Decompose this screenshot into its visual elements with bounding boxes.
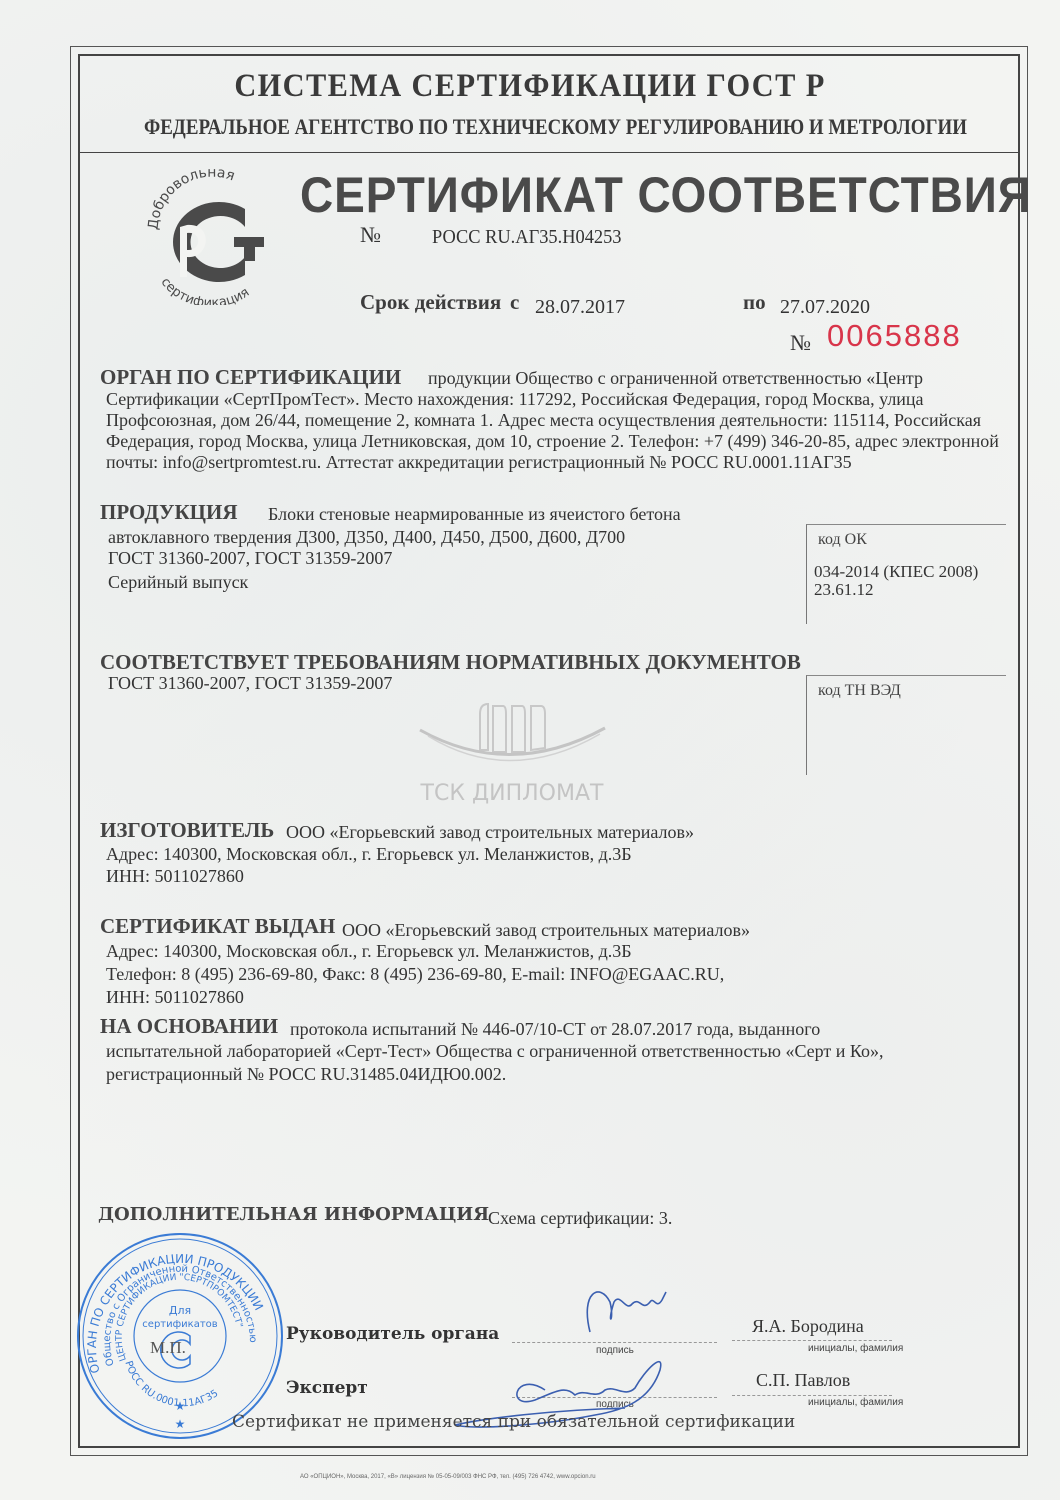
conformity-documents: ГОСТ 31360-2007, ГОСТ 31359-2007 [108,673,392,694]
expert-role-label: Эксперт [286,1378,368,1398]
rst-logo: Добровольная сертификация [140,165,280,305]
valid-to-date: 27.07.2020 [780,296,870,319]
code-ok-label: код ОК [818,531,867,549]
manufacturer-line: ООО «Егорьевский завод строительных мате… [286,822,694,843]
conformity-heading: СООТВЕТСТВУЕТ ТРЕБОВАНИЯМ НОРМАТИВНЫХ ДО… [100,650,801,675]
head-name: Я.А. Бородина [752,1316,864,1337]
basis-line: регистрационный № РОСС RU.31485.04ИДЮ0.0… [106,1064,506,1085]
svg-text:ТСК ДИПЛОМАТ: ТСК ДИПЛОМАТ [420,781,604,806]
product-line: Блоки стеновые неармированные из ячеисто… [268,504,681,525]
svg-text:сертификатов: сертификатов [142,1319,217,1330]
manufacturer-line: Адрес: 140300, Московская обл., г. Егорь… [106,844,632,865]
code-tnved-label: код ТН ВЭД [818,682,901,700]
basis-line: протокола испытаний № 446-07/10-СТ от 28… [290,1019,820,1040]
basis-heading: НА ОСНОВАНИИ [100,1014,278,1039]
watermark-logo: ТСК ДИПЛОМАТ [400,700,650,810]
cert-body-line: Профсоюзная, дом 26/44, помещение 2, ком… [106,410,981,431]
code-tnved-box: код ТН ВЭД [806,675,1006,775]
cert-body-line: Сертификации «СертПромТест». Место нахож… [106,389,924,410]
code-ok-value: 034-2014 (КПЕС 2008) 23.61.12 [814,563,978,599]
issued-to-line: Телефон: 8 (495) 236-69-80, Факс: 8 (495… [106,964,724,985]
svg-text:★: ★ [175,1417,186,1431]
blank-number: 0065888 [827,318,962,354]
valid-from-label: с [510,290,519,315]
svg-text:Для: Для [169,1304,191,1317]
agency-title: ФЕДЕРАЛЬНОЕ АГЕНТСТВО ПО ТЕХНИЧЕСКОМУ РЕ… [144,114,954,140]
header-divider [80,152,1018,153]
additional-text: Схема сертификации: 3. [488,1208,672,1229]
mp-label: М.П. [150,1338,186,1358]
head-name-line [732,1340,892,1341]
cert-body-line: почты: info@sertpromtest.ru. Аттестат ак… [106,452,852,473]
blank-number-label: № [790,330,811,356]
expert-name-line [732,1395,892,1396]
expert-name-caption: инициалы, фамилия [808,1397,903,1408]
issued-to-line: Адрес: 140300, Московская обл., г. Егорь… [106,941,632,962]
valid-from-date: 28.07.2017 [535,296,625,319]
cert-body-line: продукции Общество с ограниченной ответс… [428,368,923,389]
head-name-caption: инициалы, фамилия [808,1343,903,1354]
manufacturer-line: ИНН: 5011027860 [106,866,244,887]
issued-to-heading: СЕРТИФИКАТ ВЫДАН [100,914,335,939]
issued-to-line: ИНН: 5011027860 [106,987,244,1008]
rst-mark-icon: Добровольная сертификация [140,165,280,305]
validity-label: Срок действия [360,290,501,315]
cert-number: РОСС RU.АГ35.Н04253 [432,226,621,249]
manufacturer-heading: ИЗГОТОВИТЕЛЬ [100,818,274,843]
valid-to-label: по [743,290,766,315]
cert-number-label: № [360,222,381,248]
svg-text:★: ★ [175,1399,186,1413]
product-heading: ПРОДУКЦИЯ [100,500,238,525]
printer-imprint: АО «ОПЦИОН», Москва, 2017, «В» лицензия … [300,1474,596,1480]
code-ok-box: код ОК 034-2014 (КПЕС 2008) 23.61.12 [806,524,1006,624]
additional-heading: ДОПОЛНИТЕЛЬНАЯ ИНФОРМАЦИЯ [98,1204,489,1225]
product-line: ГОСТ 31360-2007, ГОСТ 31359-2007 [108,548,392,569]
product-line: автоклавного твердения Д300, Д350, Д400,… [108,527,625,548]
product-line: Серийный выпуск [108,572,248,593]
system-title: СИСТЕМА СЕРТИФИКАЦИИ ГОСТ Р [42,68,1017,105]
cert-body-line: Федерация, город Москва, улица Летниковс… [106,431,999,452]
expert-name: С.П. Павлов [756,1370,850,1391]
building-columns-icon: ТСК ДИПЛОМАТ [400,700,650,810]
cert-body-heading: ОРГАН ПО СЕРТИФИКАЦИИ [100,365,401,390]
certificate-title: СЕРТИФИКАТ СООТВЕТСТВИЯ [300,166,1032,224]
footer-note: Сертификат не применяется при обязательн… [232,1412,795,1432]
basis-line: испытательной лабораторией «Серт-Тест» О… [106,1041,884,1062]
issued-to-line: ООО «Егорьевский завод строительных мате… [342,920,750,941]
